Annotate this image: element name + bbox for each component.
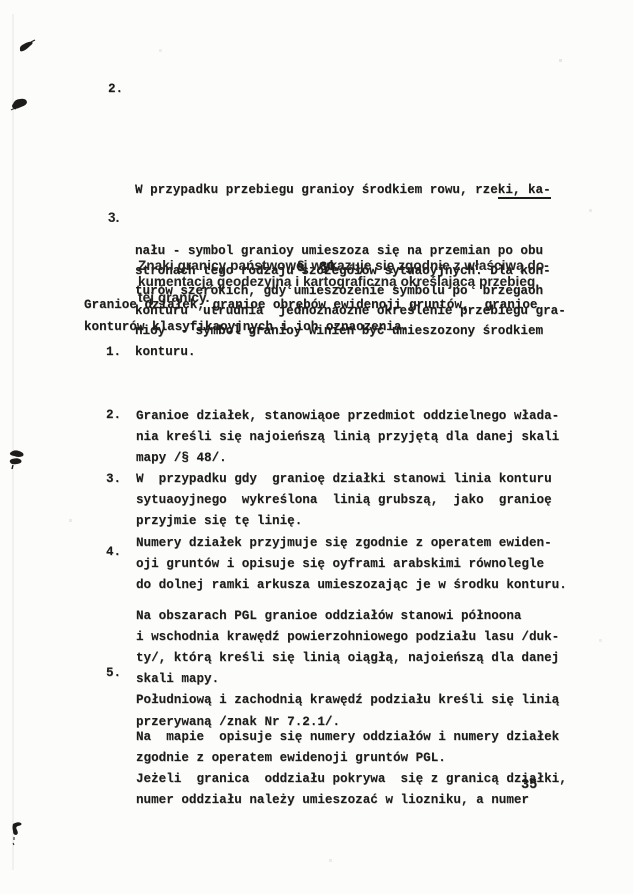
list-item-number: 2. — [106, 405, 121, 426]
scanned-document-page: 2. W przypadku przebiegu granioy środkie… — [0, 0, 633, 894]
intro-paragraph: Granioe działek, granioe obrębów ewideno… — [84, 294, 537, 338]
underlined-text: ki, ka- — [498, 183, 551, 199]
ink-smudge — [9, 820, 25, 846]
list-item-5: 5. Na mapie opisuje się numery oddziałów… — [106, 663, 567, 854]
list-item-number: 5. — [106, 663, 121, 684]
section-heading: § 80 — [297, 257, 335, 277]
paper-speckles — [0, 0, 1, 1]
scan-edge-streak — [12, 14, 14, 870]
list-item-number: 3. — [108, 210, 119, 226]
list-item-first-line: W przypadku przebiegu granioy środkiem r… — [135, 180, 566, 200]
ink-smudge — [9, 95, 31, 113]
page-number: 35 — [521, 776, 537, 796]
list-item-number: 3. — [106, 469, 121, 490]
list-item-number: 1. — [106, 342, 121, 363]
list-item-number: 4. — [106, 542, 121, 563]
ink-smudge — [5, 446, 31, 470]
ink-smudge — [17, 39, 37, 55]
list-item-text: Na mapie opisuje się numery oddziałów i … — [136, 727, 567, 812]
list-item-number: 2. — [108, 79, 123, 99]
